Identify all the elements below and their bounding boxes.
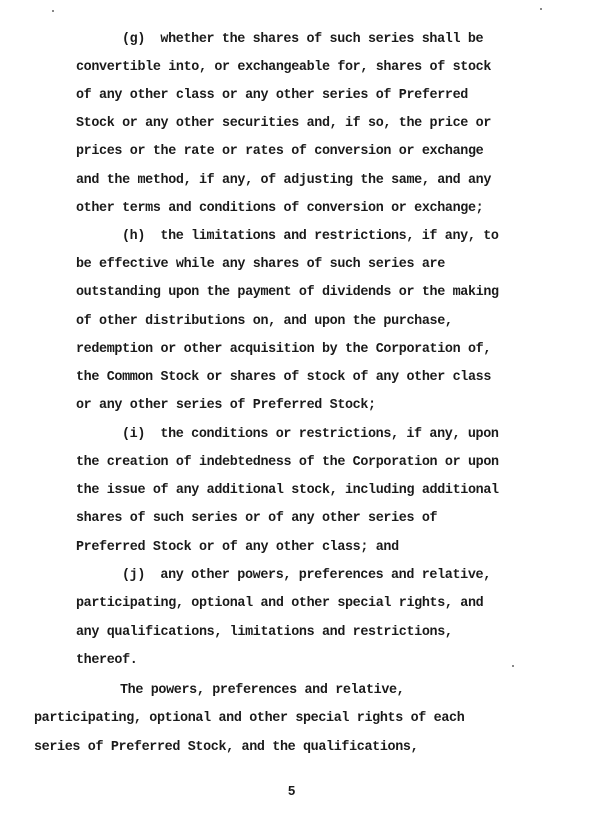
paragraph-g-line-2: convertible into, or exchangeable for, s… — [76, 60, 491, 76]
scan-speck — [512, 665, 514, 667]
paragraph-j-line-3: any qualifications, limitations and rest… — [76, 625, 453, 641]
paragraph-g-line-4: Stock or any other securities and, if so… — [76, 116, 491, 132]
paragraph-j-line-2: participating, optional and other specia… — [76, 596, 483, 612]
paragraph-h-line-3: outstanding upon the payment of dividend… — [76, 285, 499, 301]
paragraph-g-line-5: prices or the rate or rates of conversio… — [76, 144, 483, 160]
paragraph-h-line-7: or any other series of Preferred Stock; — [76, 398, 376, 414]
page-number: 5 — [288, 783, 295, 798]
paragraph-j-line-1: (j) any other powers, preferences and re… — [122, 568, 491, 584]
paragraph-i-line-3: the issue of any additional stock, inclu… — [76, 483, 499, 499]
paragraph-g-line-7: other terms and conditions of conversion… — [76, 201, 483, 217]
paragraph-i-line-4: shares of such series or of any other se… — [76, 511, 437, 527]
closing-paragraph-line-2: participating, optional and other specia… — [34, 711, 464, 727]
scan-speck — [540, 8, 542, 10]
closing-paragraph-line-1: The powers, preferences and relative, — [120, 683, 404, 699]
paragraph-h-line-5: redemption or other acquisition by the C… — [76, 342, 491, 358]
paragraph-g-line-6: and the method, if any, of adjusting the… — [76, 173, 491, 189]
paragraph-h-line-1: (h) the limitations and restrictions, if… — [122, 229, 499, 245]
paragraph-j-line-4: thereof. — [76, 653, 138, 669]
scan-speck — [52, 10, 54, 12]
paragraph-i-line-2: the creation of indebtedness of the Corp… — [76, 455, 499, 471]
paragraph-h-line-2: be effective while any shares of such se… — [76, 257, 445, 273]
closing-paragraph-line-3: series of Preferred Stock, and the quali… — [34, 740, 418, 756]
paragraph-h-line-6: the Common Stock or shares of stock of a… — [76, 370, 491, 386]
paragraph-h-line-4: of other distributions on, and upon the … — [76, 314, 453, 330]
paragraph-i-line-5: Preferred Stock or of any other class; a… — [76, 540, 399, 556]
paragraph-i-line-1: (i) the conditions or restrictions, if a… — [122, 427, 499, 443]
paragraph-g-line-3: of any other class or any other series o… — [76, 88, 468, 104]
paragraph-g-line-1: (g) whether the shares of such series sh… — [122, 32, 483, 48]
